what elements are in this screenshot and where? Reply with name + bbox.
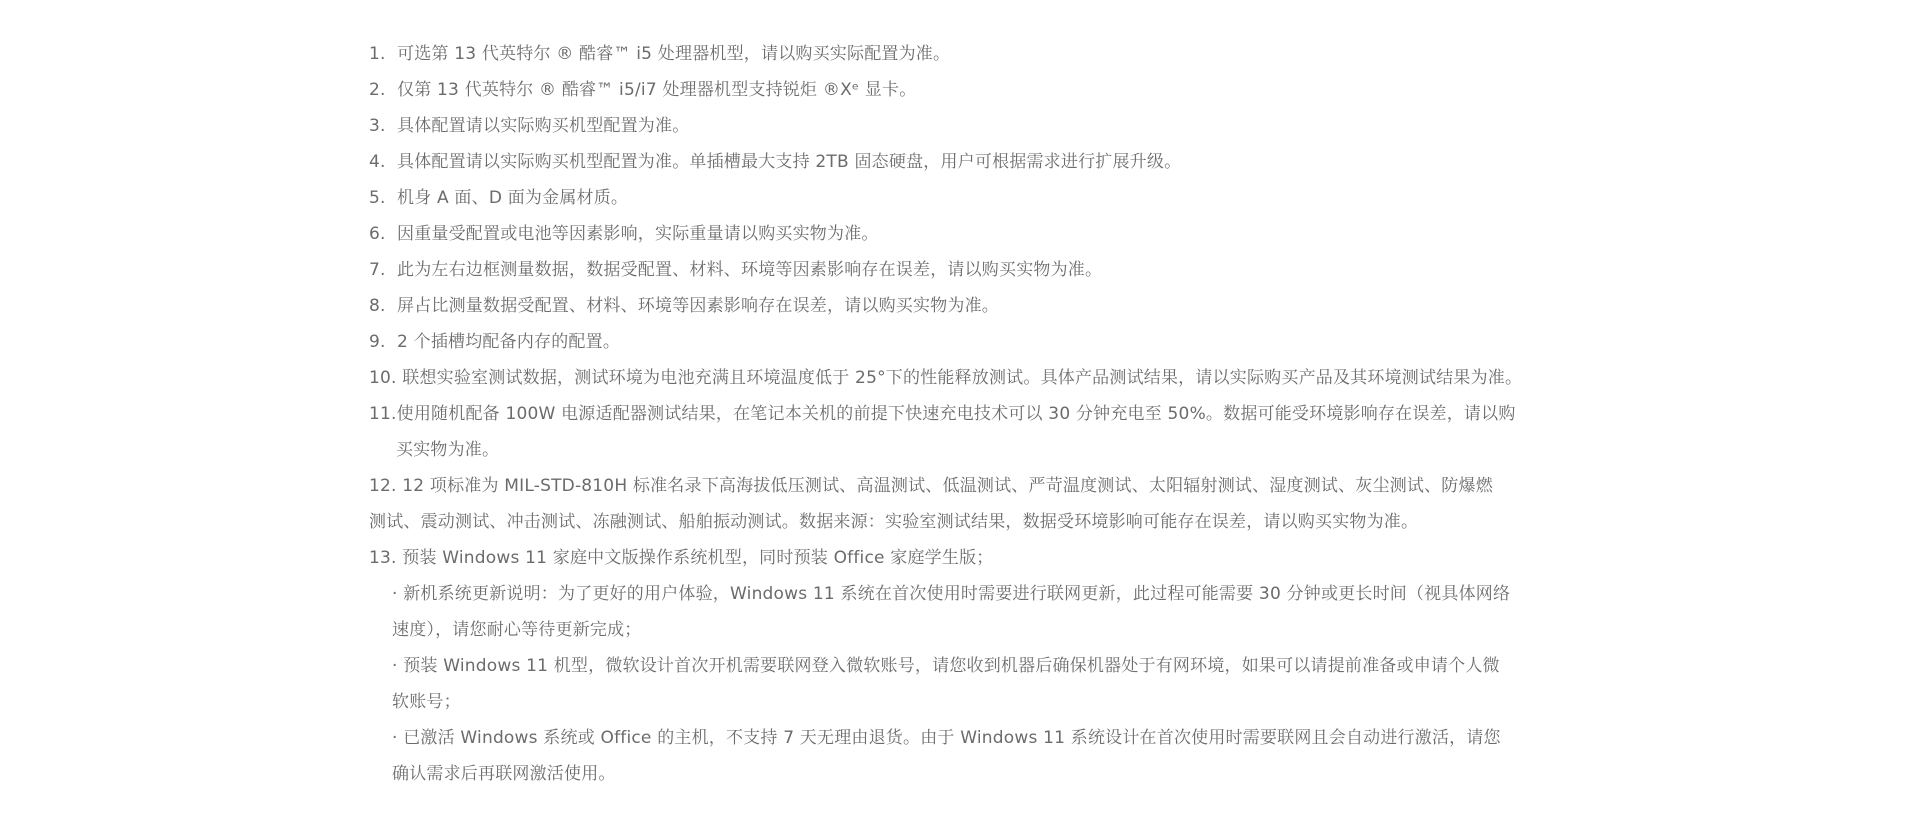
footnote-13-sub-1: · 新机系统更新说明：为了更好的用户体验，Windows 11 系统在首次使用时… xyxy=(369,576,1569,612)
sub-note-text: · 新机系统更新说明：为了更好的用户体验，Windows 11 系统在首次使用时… xyxy=(392,584,1510,604)
sub-note-text: 确认需求后再联网激活使用。 xyxy=(392,764,616,784)
sub-note-text: 速度），请您耐心等待更新完成； xyxy=(392,620,642,640)
footnote-number: 5. xyxy=(369,180,397,216)
footnote-13-sub-2-continued: 软账号； xyxy=(369,684,1569,720)
footnote-number: 8. xyxy=(369,288,397,324)
footnote-text: 可选第 13 代英特尔 ® 酷睿™ i5 处理器机型，请以购买实际配置为准。 xyxy=(397,44,950,64)
footnote-number: 7. xyxy=(369,252,397,288)
footnote-number: 2. xyxy=(369,72,397,108)
footnote-2: 2.仅第 13 代英特尔 ® 酷睿™ i5/i7 处理器机型支持锐炬 ®Xᵉ 显… xyxy=(369,72,1569,108)
footnote-text: 因重量受配置或电池等因素影响，实际重量请以购买实物为准。 xyxy=(397,224,879,244)
footnote-13-sub-3: · 已激活 Windows 系统或 Office 的主机，不支持 7 天无理由退… xyxy=(369,720,1569,756)
footnote-number: 6. xyxy=(369,216,397,252)
footnote-text: 使用随机配备 100W 电源适配器测试结果，在笔记本关机的前提下快速充电技术可以… xyxy=(397,404,1516,424)
sub-note-text: · 预装 Windows 11 机型，微软设计首次开机需要联网登入微软账号，请您… xyxy=(392,656,1500,676)
footnote-12: 12. 12 项标准为 MIL-STD-810H 标准名录下高海拔低压测试、高温… xyxy=(369,468,1569,504)
footnote-6: 6.因重量受配置或电池等因素影响，实际重量请以购买实物为准。 xyxy=(369,216,1569,252)
footnote-13-sub-3-continued: 确认需求后再联网激活使用。 xyxy=(369,756,1569,792)
footnote-number: 13. xyxy=(369,548,397,568)
footnote-13: 13. 预装 Windows 11 家庭中文版操作系统机型，同时预装 Offic… xyxy=(369,540,1569,576)
footnote-number: 4. xyxy=(369,144,397,180)
footnote-text: 具体配置请以实际购买机型配置为准。 xyxy=(397,116,689,136)
footnote-number: 10. xyxy=(369,368,397,388)
footnote-13-sub-1-continued: 速度），请您耐心等待更新完成； xyxy=(369,612,1569,648)
footnote-text: 屏占比测量数据受配置、材料、环境等因素影响存在误差，请以购买实物为准。 xyxy=(397,296,999,316)
footnote-text: 测试、震动测试、冲击测试、冻融测试、船舶振动测试。数据来源：实验室测试结果，数据… xyxy=(369,512,1418,532)
footnote-9: 9.2 个插槽均配备内存的配置。 xyxy=(369,324,1569,360)
footnote-1: 1.可选第 13 代英特尔 ® 酷睿™ i5 处理器机型，请以购买实际配置为准。 xyxy=(369,36,1569,72)
footnote-12-continued: 测试、震动测试、冲击测试、冻融测试、船舶振动测试。数据来源：实验室测试结果，数据… xyxy=(369,504,1569,540)
footnote-4: 4.具体配置请以实际购买机型配置为准。单插槽最大支持 2TB 固态硬盘，用户可根… xyxy=(369,144,1569,180)
footnote-number: 9. xyxy=(369,324,397,360)
sub-note-text: 软账号； xyxy=(392,692,461,712)
footnote-number: 11. xyxy=(369,396,397,432)
footnote-11-continued: 买实物为准。 xyxy=(369,432,1569,468)
footnote-number: 1. xyxy=(369,36,397,72)
footnote-13-sub-2: · 预装 Windows 11 机型，微软设计首次开机需要联网登入微软账号，请您… xyxy=(369,648,1569,684)
footnote-text: 此为左右边框测量数据，数据受配置、材料、环境等因素影响存在误差，请以购买实物为准… xyxy=(397,260,1102,280)
footnote-text: 仅第 13 代英特尔 ® 酷睿™ i5/i7 处理器机型支持锐炬 ®Xᵉ 显卡。 xyxy=(397,80,916,100)
footnote-number: 3. xyxy=(369,108,397,144)
footnote-text: 具体配置请以实际购买机型配置为准。单插槽最大支持 2TB 固态硬盘，用户可根据需… xyxy=(397,152,1181,172)
sub-note-text: · 已激活 Windows 系统或 Office 的主机，不支持 7 天无理由退… xyxy=(392,728,1501,748)
footnote-text: 买实物为准。 xyxy=(396,440,499,460)
footnote-3: 3.具体配置请以实际购买机型配置为准。 xyxy=(369,108,1569,144)
footnote-text: 12 项标准为 MIL-STD-810H 标准名录下高海拔低压测试、高温测试、低… xyxy=(402,476,1493,496)
footnote-text: 2 个插槽均配备内存的配置。 xyxy=(397,332,620,352)
footnote-5: 5.机身 A 面、D 面为金属材质。 xyxy=(369,180,1569,216)
footnote-text: 预装 Windows 11 家庭中文版操作系统机型，同时预装 Office 家庭… xyxy=(402,548,993,568)
footnotes-list: 1.可选第 13 代英特尔 ® 酷睿™ i5 处理器机型，请以购买实际配置为准。… xyxy=(369,36,1569,792)
footnote-number: 12. xyxy=(369,476,397,496)
footnote-11: 11.使用随机配备 100W 电源适配器测试结果，在笔记本关机的前提下快速充电技… xyxy=(369,396,1569,432)
footnote-text: 机身 A 面、D 面为金属材质。 xyxy=(397,188,628,208)
footnote-8: 8.屏占比测量数据受配置、材料、环境等因素影响存在误差，请以购买实物为准。 xyxy=(369,288,1569,324)
footnote-10: 10. 联想实验室测试数据，测试环境为电池充满且环境温度低于 25°下的性能释放… xyxy=(369,360,1569,396)
footnote-7: 7.此为左右边框测量数据，数据受配置、材料、环境等因素影响存在误差，请以购买实物… xyxy=(369,252,1569,288)
footnote-text: 联想实验室测试数据，测试环境为电池充满且环境温度低于 25°下的性能释放测试。具… xyxy=(402,368,1522,388)
